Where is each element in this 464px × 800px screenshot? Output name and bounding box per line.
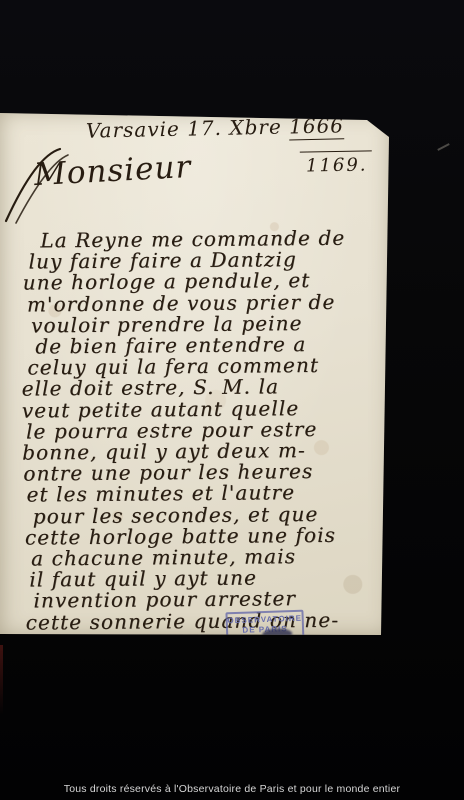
observatory-stamp: OBSERVATOIRE DE PARIS [225, 610, 304, 647]
scan-edge-artifact [0, 645, 3, 715]
scanned-letter-photo: Varsavie 17. Xbre 1666 1169. Monsieur La… [0, 0, 464, 800]
stamp-ink-smudge [262, 628, 292, 640]
letter-paper-sheet: Varsavie 17. Xbre 1666 1169. Monsieur La… [0, 111, 392, 637]
dateline-place-day: Varsavie 17. Xbre [86, 115, 282, 143]
dateline-year: 1666 [289, 113, 344, 140]
letter-dateline: Varsavie 17. Xbre 1666 [86, 113, 344, 142]
salutation: Monsieur [33, 149, 192, 193]
copyright-caption: Tous droits réservés à l'Observatoire de… [0, 783, 464, 795]
letter-body: La Reyne me commande deluy faire faire a… [20, 227, 386, 633]
handwriting-line: cette sonnerie quand on ne- [26, 609, 386, 633]
archive-number: 1169. [300, 150, 372, 176]
pencil-mark [437, 143, 449, 151]
